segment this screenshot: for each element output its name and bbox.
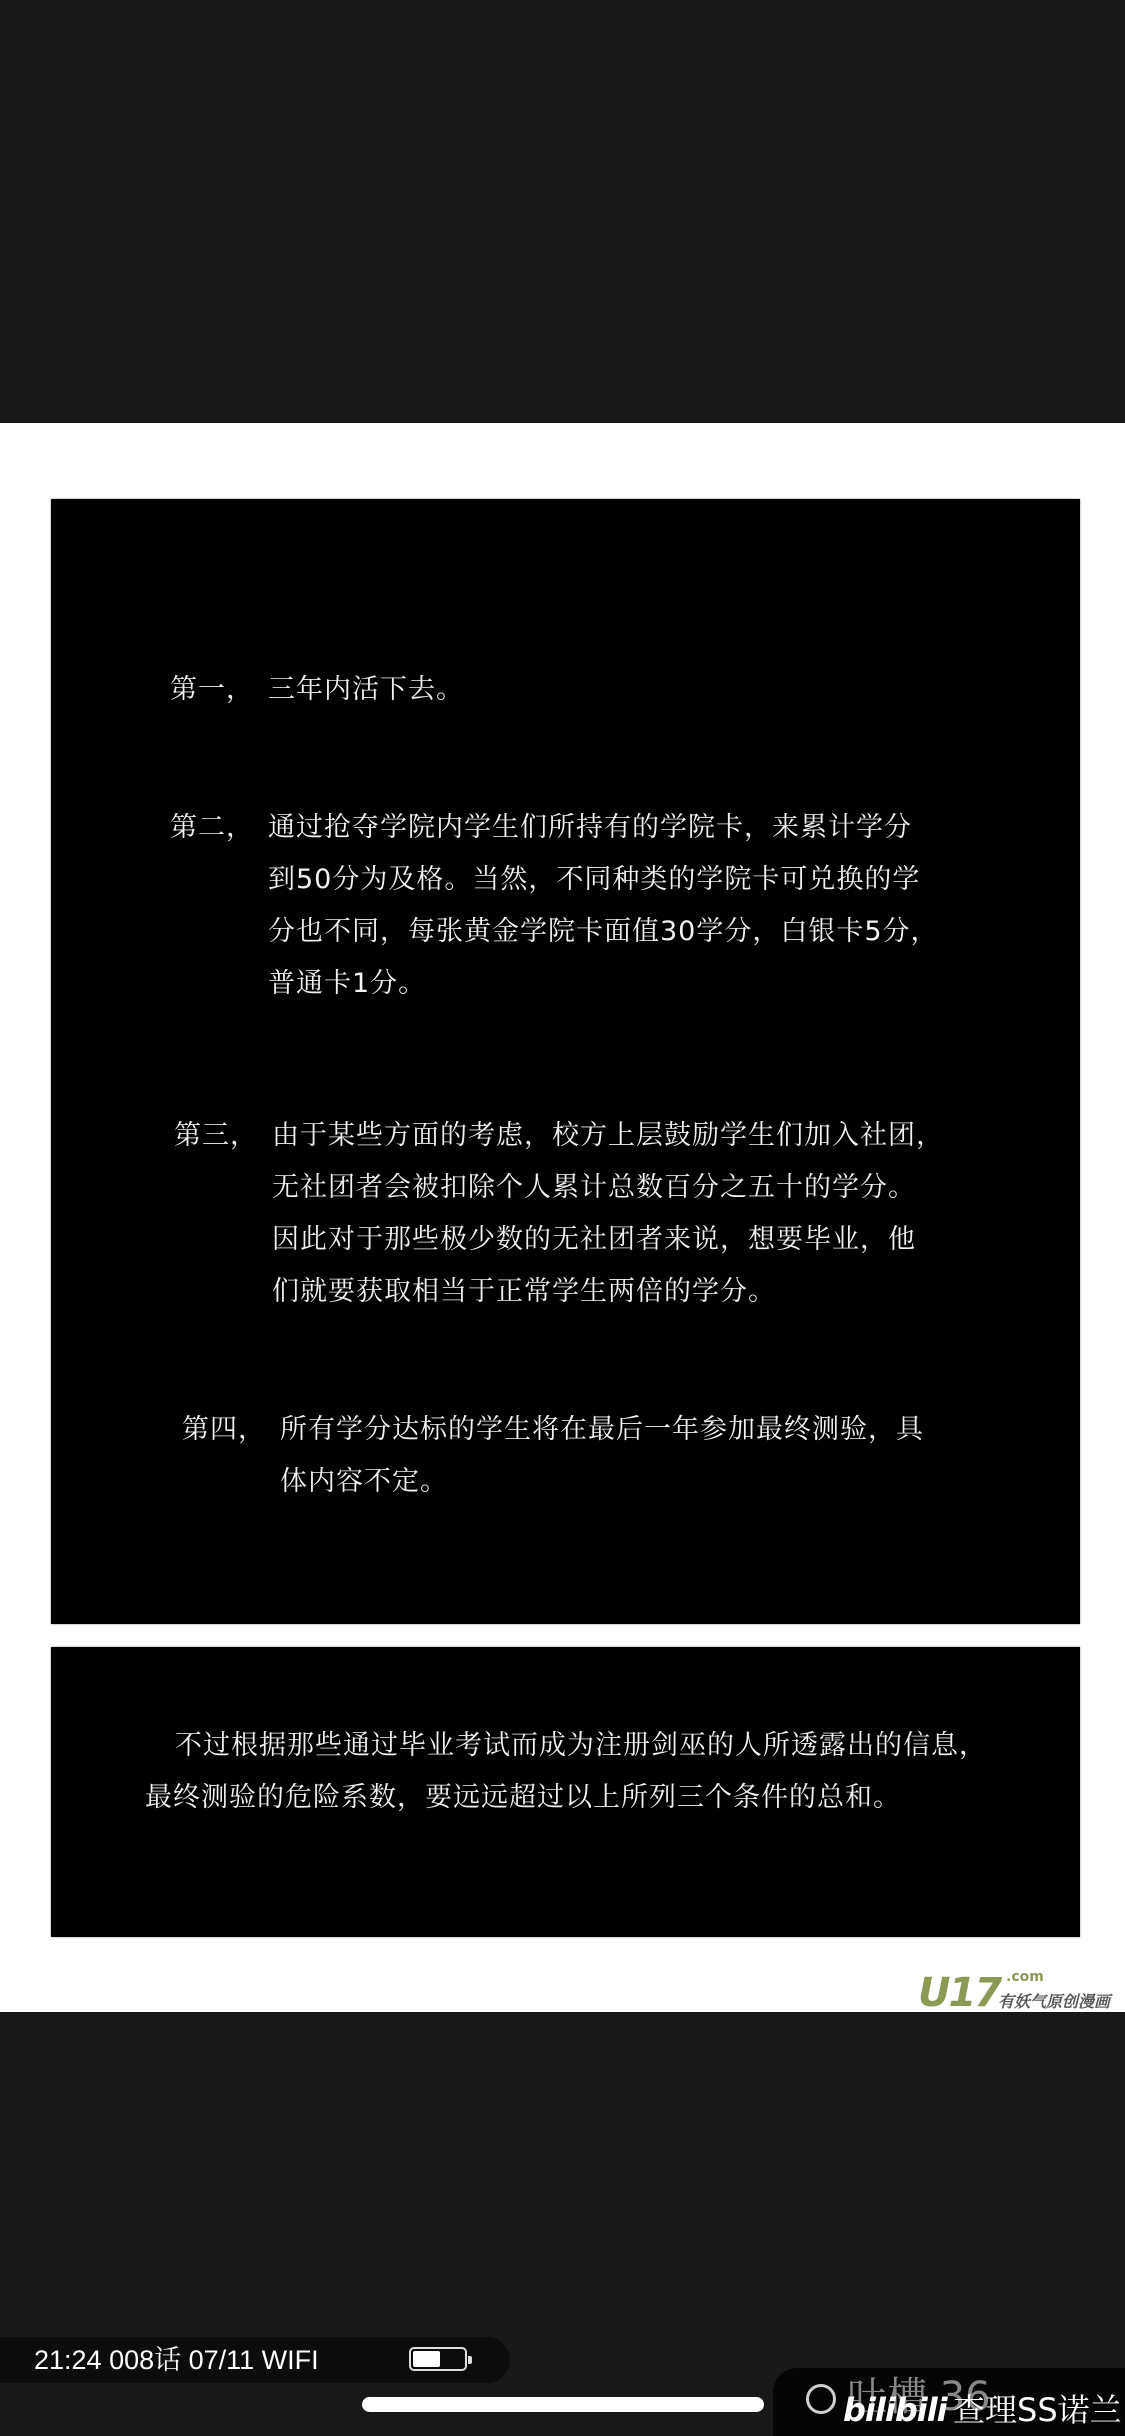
rule-line: 由于某些方面的考虑，校方上层鼓励学生们加入社团， [272,1109,944,1163]
rules-panel: 第一， 三年内活下去。 第二， 通过抢夺学院内学生们所持有的学院卡，来累计学分 … [51,499,1080,1624]
publisher-logo: U17 .com 有妖气原创漫画 [918,1971,1118,2015]
rule-line: 体内容不定。 [280,1455,448,1509]
rule-label: 第一， [170,663,254,717]
rule-line: 分也不同，每张黄金学院卡面值30学分，白银卡5分， [268,905,939,959]
watermark-username: 查理SS诺兰 [953,2390,1122,2430]
home-indicator[interactable] [362,2397,764,2412]
status-text: 21:24 008话 07/11 WIFI [34,2337,319,2383]
rule-line: 们就要获取相当于正常学生两倍的学分。 [272,1265,776,1319]
battery-icon [409,2347,467,2371]
logo-brand: U17 [918,1971,1000,2015]
rule-label: 第二， [170,801,254,855]
logo-slogan: 有妖气原创漫画 [998,1989,1110,2012]
circle-icon [806,2384,836,2414]
bilibili-logo-icon: bilibili [843,2390,947,2430]
rule-line: 所有学分达标的学生将在最后一年参加最终测验，具 [280,1403,924,1457]
rule-line: 通过抢夺学院内学生们所持有的学院卡，来累计学分 [268,801,912,855]
reader-status-bar: 21:24 008话 07/11 WIFI [0,2337,510,2383]
rule-line: 到50分为及格。当然，不同种类的学院卡可兑换的学 [268,853,920,907]
battery-level [413,2351,440,2367]
rule-label: 第三， [174,1109,258,1163]
info-line-1: 不过根据那些通过毕业考试而成为注册剑巫的人所透露出的信息， [175,1719,987,1773]
bilibili-watermark: 吐槽 36 bilibili 查理SS诺兰 [773,2368,1125,2436]
logo-domain: .com [1006,1969,1044,1985]
rule-line: 无社团者会被扣除个人累计总数百分之五十的学分。 [272,1161,916,1215]
info-panel: 不过根据那些通过毕业考试而成为注册剑巫的人所透露出的信息， 最终测验的危险系数，… [51,1647,1080,1937]
rule-label: 第四， [182,1403,266,1457]
battery-nub [468,2356,472,2364]
rule-line: 三年内活下去。 [268,663,464,717]
comic-page[interactable]: 第一， 三年内活下去。 第二， 通过抢夺学院内学生们所持有的学院卡，来累计学分 … [0,423,1125,2012]
rule-line: 普通卡1分。 [268,957,426,1011]
rule-line: 因此对于那些极少数的无社团者来说，想要毕业，他 [272,1213,916,1267]
info-line-2: 最终测验的危险系数，要远远超过以上所列三个条件的总和。 [145,1771,901,1825]
